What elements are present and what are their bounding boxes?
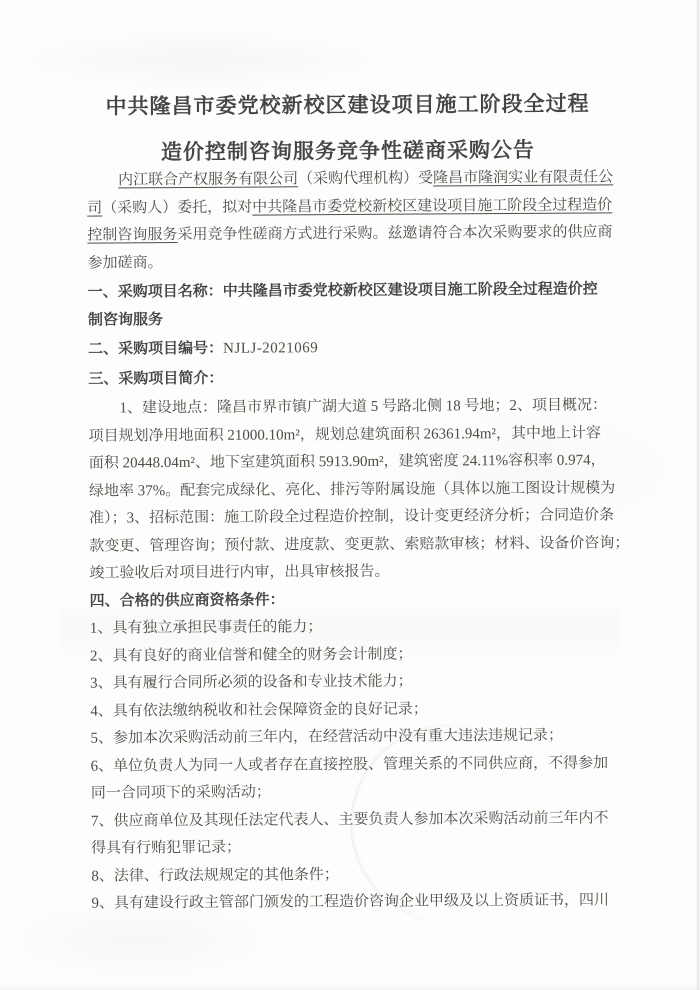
title-line-1: 中共隆昌市委党校新校区建设项目施工阶段全过程 xyxy=(0,80,698,130)
project-brief-line: 1、建设地点：隆昌市界市镇广湖大道 5 号路北侧 18 号地；2、项目概况： xyxy=(88,393,591,424)
project-brief-line: 面积 20448.04m²、地下室建筑面积 5913.90m²，建筑密度 24.… xyxy=(89,448,592,479)
section2-label: 二、采购项目编号： xyxy=(88,341,223,358)
document-title: 中共隆昌市委党校新校区建设项目施工阶段全过程 造价控制咨询服务竞争性磋商采购公告 xyxy=(0,80,698,176)
qualification-item: 3、具有履行合同所必须的设备和专业技术能力； xyxy=(90,668,593,699)
project-number: NJLJ-2021069 xyxy=(223,340,318,357)
qualification-item-cont: 得具有行贿犯罪记录； xyxy=(91,833,594,864)
intro-text: 采用竞争性磋商方式进行采购。兹邀请符合本次采购要求的供应商 xyxy=(177,224,612,243)
project-name-cont: 控制咨询服务 xyxy=(87,227,177,244)
qualification-item: 5、参加本次采购活动前三年内，在经营活动中没有重大违法违规记录； xyxy=(90,723,593,754)
project-brief-line: 绿地率 37%。配套完成绿化、亮化、排污等附属设施（具体以施工图设计规模为 xyxy=(89,475,592,506)
qualification-item: 4、具有依法缴纳税收和社会保障资金的良好记录； xyxy=(90,695,593,726)
qualification-item: 2、具有良好的商业信誉和健全的财务会计制度； xyxy=(90,640,593,671)
qualification-item: 6、单位负责人为同一人或者存在直接控股、管理关系的不同供应商，不得参加 xyxy=(91,750,594,781)
project-brief-line: 竣工验收后对项目进行内审，出具审核报告。 xyxy=(89,558,592,589)
intro-text: （采购代理机构）受 xyxy=(298,170,433,187)
qualification-item-cont: 同一合同项下的采购活动； xyxy=(91,778,594,809)
project-brief-line: 项目规划净用地面积 21000.10m²，规划总建筑面积 26361.94m²，… xyxy=(89,420,592,451)
intro-line-1: 内江联合产权服务有限公司（采购代理机构）受隆昌市隆润实业有限责任公 xyxy=(87,165,590,196)
intro-line-2: 司（采购人）委托，拟对中共隆昌市委党校新校区建设项目施工阶段全过程造价 xyxy=(87,192,590,223)
agency-name: 内江联合产权服务有限公司 xyxy=(118,171,298,188)
section4-heading: 四、合格的供应商资格条件： xyxy=(90,585,593,616)
scanned-document-page: 中共隆昌市委党校新校区建设项目施工阶段全过程 造价控制咨询服务竞争性磋商采购公告… xyxy=(0,0,700,990)
purchaser-name-cont: 司 xyxy=(87,200,102,216)
section1-heading-line-1: 一、采购项目名称：中共隆昌市委党校新校区建设项目施工阶段全过程造价控 xyxy=(88,277,591,308)
document-body: 内江联合产权服务有限公司（采购代理机构）受隆昌市隆润实业有限责任公 司（采购人）… xyxy=(87,165,595,919)
intro-line-3: 控制咨询服务采用竞争性磋商方式进行采购。兹邀请符合本次采购要求的供应商 xyxy=(87,220,590,251)
qualification-item: 8、法律、行政法规规定的其他条件； xyxy=(91,860,594,891)
qualification-item: 7、供应商单位及其现任法定代表人、主要负责人参加本次采购活动前三年内不 xyxy=(91,805,594,836)
project-brief-line: 款变更、管理咨询；预付款、进度款、变更款、索赔款审核；材料、设备价咨询； xyxy=(89,530,592,561)
project-brief-line: 准）；3、招标范围：施工阶段全过程造价控制，设计变更经济分析；合同造价条 xyxy=(89,503,592,534)
section1-heading-line-2: 制咨询服务 xyxy=(88,304,591,335)
intro-line-4: 参加磋商。 xyxy=(87,247,590,278)
document-content: 中共隆昌市委党校新校区建设项目施工阶段全过程 造价控制咨询服务竞争性磋商采购公告… xyxy=(0,0,700,990)
purchaser-name: 隆昌市隆润实业有限责任公 xyxy=(433,169,613,186)
section2-heading: 二、采购项目编号：NJLJ-2021069 xyxy=(88,334,591,365)
qualification-item: 1、具有独立承担民事责任的能力； xyxy=(90,613,593,644)
section3-heading: 三、采购项目简介： xyxy=(88,363,591,394)
qualification-item: 9、具有建设行政主管部门颁发的工程造价咨询企业甲级及以上资质证书，四川 xyxy=(91,888,594,919)
intro-text: （采购人）委托，拟对 xyxy=(102,199,252,216)
project-name: 中共隆昌市委党校新校区建设项目施工阶段全过程造价 xyxy=(252,197,612,215)
